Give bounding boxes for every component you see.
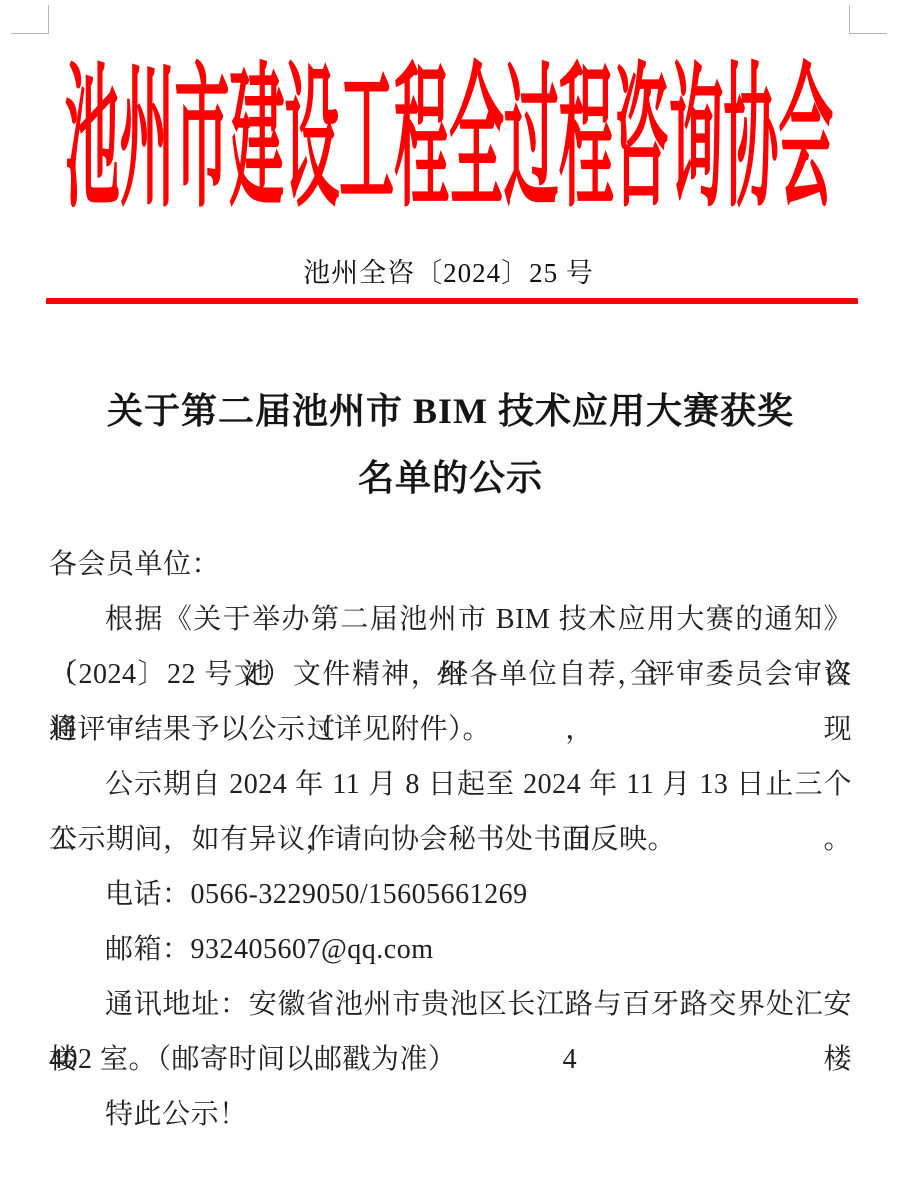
document-body: 各会员单位： 根据《关于举办第二届池州市 BIM 技术应用大赛的通知》（池州全咨… bbox=[49, 537, 852, 1142]
document-title-line-2: 名单的公示 bbox=[49, 445, 852, 512]
body-line-closing: 特此公示！ bbox=[49, 1087, 852, 1142]
body-line-basis-1: 根据《关于举办第二届池州市 BIM 技术应用大赛的通知》（池州全咨 bbox=[49, 592, 852, 647]
document-number: 池州全咨〔2024〕25 号 bbox=[0, 253, 897, 293]
document-page: { "page": { "background": "#ffffff", "ac… bbox=[0, 0, 897, 1183]
body-line-period-1: 公示期自 2024 年 11 月 8 日起至 2024 年 11 月 13 日止… bbox=[49, 757, 852, 812]
body-line-address-1: 通讯地址：安徽省池州市贵池区长江路与百牙路交界处汇安楼 4 楼 bbox=[49, 977, 852, 1032]
document-title: 关于第二届池州市 BIM 技术应用大赛获奖 名单的公示 bbox=[49, 378, 852, 512]
page-corner-mark-top-left bbox=[11, 5, 49, 34]
letterhead-banner: 池州市建设工程全过程咨询协会 bbox=[0, 62, 897, 218]
body-line-salutation: 各会员单位： bbox=[49, 537, 852, 592]
red-divider-line bbox=[46, 298, 858, 304]
body-line-phone: 电话：0566-3229050/15605661269 bbox=[49, 867, 852, 922]
body-line-email: 邮箱：932405607@qq.com bbox=[49, 922, 852, 977]
document-title-line-1: 关于第二届池州市 BIM 技术应用大赛获奖 bbox=[49, 378, 852, 445]
page-corner-mark-top-right bbox=[849, 5, 887, 34]
organization-title: 池州市建设工程全过程咨询协会 bbox=[64, 59, 833, 221]
body-line-basis-2: 〔2024〕22 号文）文件精神，经各单位自荐，评审委员会审议通过，现 bbox=[49, 647, 852, 702]
